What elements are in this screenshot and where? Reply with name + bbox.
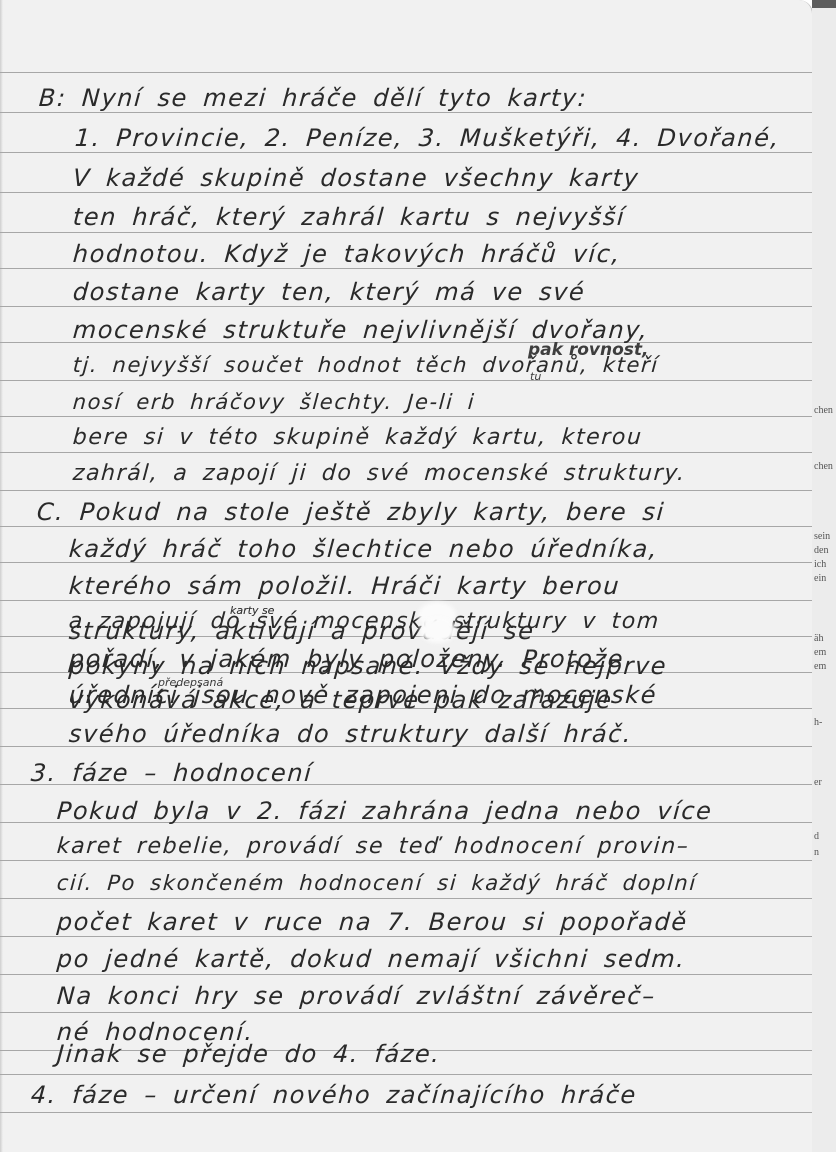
ruled-line: [0, 600, 812, 601]
section-b-line: dostane karty ten, který má ve své: [72, 278, 586, 306]
section-c-line: svého úředníka do struktury další hráč.: [68, 720, 633, 748]
insert-pak-rovnost: pak rovnost,: [528, 340, 649, 360]
phase-3-line: cií. Po skončeném hodnocení si každý hrá…: [56, 871, 698, 895]
phase-3-line: počet karet v ruce na 7. Berou si popořa…: [56, 908, 689, 936]
section-b-line: zahrál, a zapojí ji do své mocenské stru…: [72, 461, 687, 486]
phase-3-heading: 3. fáze – hodnocení: [30, 759, 314, 787]
section-c-line: vykonává akce, a teprve pak zařazuje: [68, 686, 614, 714]
adjacent-page-text: er: [814, 776, 822, 790]
adjacent-page-text: em: [814, 646, 826, 660]
adjacent-page-text: ich: [814, 558, 826, 572]
ruled-line: [0, 306, 812, 307]
phase-3-line: Na konci hry se provádí zvláštní závěreč…: [56, 982, 657, 1010]
ruled-line: [0, 232, 812, 233]
ruled-line: [0, 490, 812, 491]
notebook-page: B: Nyní se mezi hráče dělí tyto karty: 1…: [0, 0, 813, 1152]
adjacent-page-text: ein: [814, 572, 826, 586]
phase-3-line: Pokud byla v 2. fázi zahrána jedna nebo …: [56, 797, 714, 825]
section-c-line: každý hráč toho šlechtice nebo úředníka,: [68, 535, 659, 563]
adjacent-page-text: n: [814, 846, 819, 860]
ruled-line: [0, 526, 812, 527]
ruled-line: [0, 192, 812, 193]
adjacent-page-text: chen: [814, 460, 833, 474]
page-shadow: [812, 0, 836, 8]
section-b-line: ten hráč, který zahrál kartu s nejvyšší: [72, 203, 626, 231]
section-b-line: V každé skupině dostane všechny karty: [72, 164, 640, 192]
adjacent-page-text: sein: [814, 530, 830, 544]
correction-fluid-mark: [420, 617, 456, 643]
ruled-line: [0, 380, 812, 381]
ruled-line: [0, 152, 812, 153]
insert-tu: tu: [530, 370, 541, 383]
ruled-line: [0, 1112, 812, 1113]
section-c-line: kterého sám položil. Hráči karty berou: [68, 572, 621, 600]
ruled-line: [0, 72, 812, 73]
ruled-line: [0, 416, 812, 417]
section-b-line: 1. Provincie, 2. Peníze, 3. Mušketýři, 4…: [74, 124, 781, 152]
phase-3-line: karet rebelie, provádí se teď hodnocení …: [56, 834, 690, 859]
section-b-line: hodnotou. Když je takových hráčů víc,: [72, 240, 622, 268]
ruled-line: [0, 112, 812, 113]
section-b-line: bere si v této skupině každý kartu, kter…: [72, 425, 643, 450]
adjacent-page-text: den: [814, 544, 828, 558]
ruled-line: [0, 1074, 812, 1075]
section-c-line: struktury, aktivují a provádějí se: [68, 617, 536, 645]
section-b-line: nosí erb hráčovy šlechty. Je-li i: [72, 390, 476, 414]
phase-3-line: po jedné kartě, dokud nemají všichni sed…: [56, 945, 687, 973]
ruled-line: [0, 974, 812, 975]
insert-karty-se: karty se: [230, 604, 274, 617]
adjacent-page-text: äh: [814, 632, 823, 646]
phase-4-heading: 4. fáze – určení nového začínajícího hrá…: [30, 1081, 638, 1109]
adjacent-page-text: d: [814, 830, 819, 844]
section-c-line: C. Pokud na stole ještě zbyly karty, ber…: [36, 498, 666, 526]
ruled-line: [0, 268, 812, 269]
ruled-line: [0, 936, 812, 937]
ruled-line: [0, 860, 812, 861]
ruled-line: [0, 452, 812, 453]
section-b-heading: B: Nyní se mezi hráče dělí tyto karty:: [38, 84, 588, 112]
adjacent-page-text: em: [814, 660, 826, 674]
ruled-line: [0, 898, 812, 899]
ruled-line: [0, 1012, 812, 1013]
adjacent-page-text: h-: [814, 716, 822, 730]
phase-3-line: Jinak se přejde do 4. fáze.: [56, 1040, 442, 1068]
adjacent-page-text: chen: [814, 404, 833, 418]
